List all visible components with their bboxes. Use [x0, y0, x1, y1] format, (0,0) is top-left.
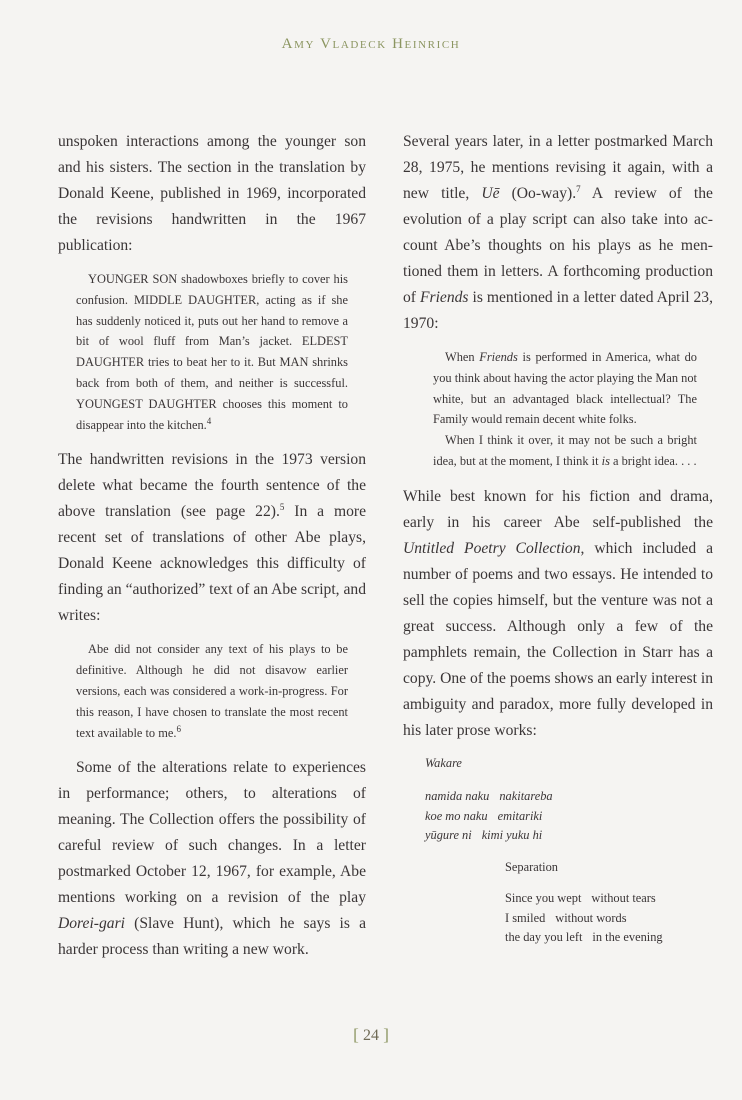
- left-column: unspoken interactions among the younger …: [58, 129, 366, 963]
- page-number: [ 24 ]: [0, 1025, 742, 1045]
- footnote-ref: 6: [176, 723, 181, 733]
- paragraph: Some of the alterations relate to experi…: [58, 755, 366, 963]
- play-title: Uē: [481, 185, 499, 202]
- poem-title-japanese: Wakare: [425, 754, 713, 774]
- paragraph: While best known for his fiction and dra…: [403, 484, 713, 744]
- footnote-ref: 4: [207, 415, 212, 425]
- play-title: Friends: [420, 289, 469, 306]
- poem-lines-english: Since you weptwithout tears I smiledwith…: [505, 889, 713, 948]
- block-quote: Abe did not consider any text of his pla…: [76, 639, 348, 743]
- paragraph: The handwritten revisions in the 1973 ve…: [58, 447, 366, 629]
- poem-line: namida nakunakitareba: [425, 787, 713, 807]
- running-head: Amy Vladeck Heinrich: [0, 36, 742, 53]
- paragraph: Several years later, in a letter postmar…: [403, 129, 713, 337]
- poem-title-english: Separation: [505, 858, 713, 878]
- poem-line: the day you leftin the evening: [505, 928, 713, 948]
- quote-paragraph: Abe did not consider any text of his pla…: [76, 639, 348, 743]
- paragraph: unspoken interactions among the younger …: [58, 129, 366, 259]
- book-title: Untitled Poetry Collection: [403, 540, 581, 557]
- poem-line: I smiledwithout words: [505, 909, 713, 929]
- block-quote: YOUNGER SON shadowboxes briefly to cover…: [76, 269, 348, 435]
- quote-paragraph: When Friends is performed in America, wh…: [433, 347, 697, 430]
- poem-line: yūgure nikimi yuku hi: [425, 826, 713, 846]
- page-number-value: 24: [363, 1027, 379, 1044]
- block-quote: When Friends is performed in America, wh…: [433, 347, 697, 472]
- quote-paragraph: YOUNGER SON shadowboxes briefly to cover…: [76, 269, 348, 435]
- poem-lines-japanese: namida nakunakitareba koe mo nakuemitari…: [425, 787, 713, 846]
- poem: Wakare namida nakunakitareba koe mo naku…: [425, 754, 713, 948]
- poem-line: Since you weptwithout tears: [505, 889, 713, 909]
- poem-translation: Separation Since you weptwithout tears I…: [505, 858, 713, 948]
- quote-paragraph: When I think it over, it may not be such…: [433, 430, 697, 472]
- right-column: Several years later, in a letter postmar…: [403, 129, 713, 948]
- poem-line: koe mo nakuemitariki: [425, 807, 713, 827]
- play-title: Dorei-gari: [58, 915, 125, 932]
